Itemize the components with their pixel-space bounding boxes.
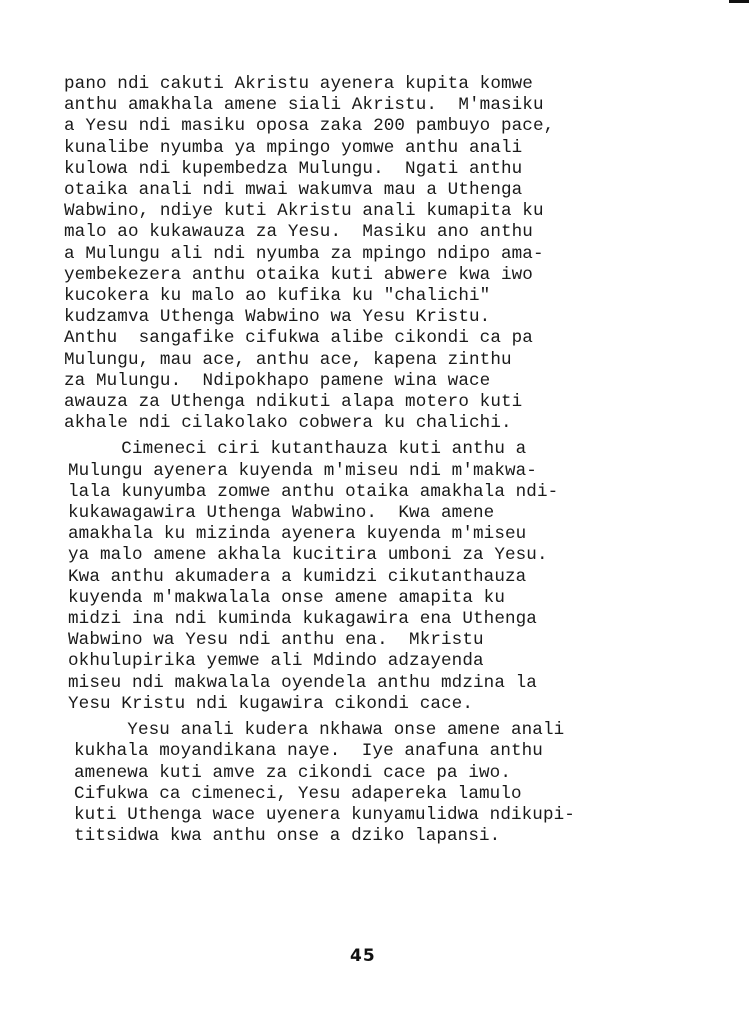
text-line: Yesu Kristu ndi kugawira cikondi cace. [68,694,684,715]
page-number: 45 [350,946,376,966]
text-line: Mulungu ayenera kuyenda m'miseu ndi m'ma… [68,461,684,482]
text-line: ya malo amene akhala kucitira umboni za … [68,545,684,566]
text-line: Mulungu, mau ace, anthu ace, kapena zint… [64,350,684,371]
text-line: kukawagawira Uthenga Wabwino. Kwa amene [68,503,684,524]
text-line: titsidwa kwa anthu onse a dziko lapansi. [74,826,684,847]
text-line: malo ao kukawauza za Yesu. Masiku ano an… [64,222,684,243]
text-line: kunalibe nyumba ya mpingo yomwe anthu an… [64,138,684,159]
text-line: miseu ndi makwalala oyendela anthu mdzin… [68,673,684,694]
text-line: Kwa anthu akumadera a kumidzi cikutantha… [68,567,684,588]
text-line: yembekezera anthu otaika kuti abwere kwa… [64,265,684,286]
text-line: kuyenda m'makwalala onse amene amapita k… [68,588,684,609]
text-line: kucokera ku malo ao kufika ku "chalichi" [64,286,684,307]
text-line: kulowa ndi kupembedza Mulungu. Ngati ant… [64,159,684,180]
paragraph-2: Cimeneci ciri kutanthauza kuti anthu aMu… [68,439,684,715]
scan-corner-mark [729,0,749,3]
text-line: Yesu anali kudera nkhawa onse amene anal… [74,720,684,741]
text-line: kuti Uthenga wace uyenera kunyamulidwa n… [74,805,684,826]
text-line: pano ndi cakuti Akristu ayenera kupita k… [64,74,684,95]
text-line: anthu amakhala amene siali Akristu. M'ma… [64,95,684,116]
text-line: amenewa kuti amve za cikondi cace pa iwo… [74,763,684,784]
paragraph-3: Yesu anali kudera nkhawa onse amene anal… [74,720,684,847]
paragraph-1: pano ndi cakuti Akristu ayenera kupita k… [64,74,684,434]
text-line: Anthu sangafike cifukwa alibe cikondi ca… [64,328,684,349]
text-line: a Yesu ndi masiku oposa zaka 200 pambuyo… [64,116,684,137]
document-page: pano ndi cakuti Akristu ayenera kupita k… [64,74,684,847]
text-line: Cifukwa ca cimeneci, Yesu adapereka lamu… [74,784,684,805]
text-line: okhulupirika yemwe ali Mdindo adzayenda [68,651,684,672]
text-line: Wabwino, ndiye kuti Akristu anali kumapi… [64,201,684,222]
text-line: akhale ndi cilakolako cobwera ku chalich… [64,413,684,434]
text-line: kudzamva Uthenga Wabwino wa Yesu Kristu. [64,307,684,328]
text-line: Cimeneci ciri kutanthauza kuti anthu a [68,439,684,460]
text-line: awauza za Uthenga ndikuti alapa motero k… [64,392,684,413]
text-line: otaika anali ndi mwai wakumva mau a Uthe… [64,180,684,201]
text-line: lala kunyumba zomwe anthu otaika amakhal… [68,482,684,503]
text-line: Wabwino wa Yesu ndi anthu ena. Mkristu [68,630,684,651]
text-line: kukhala moyandikana naye. Iye anafuna an… [74,741,684,762]
text-line: za Mulungu. Ndipokhapo pamene wina wace [64,371,684,392]
text-line: amakhala ku mizinda ayenera kuyenda m'mi… [68,524,684,545]
text-line: midzi ina ndi kuminda kukagawira ena Uth… [68,609,684,630]
text-line: a Mulungu ali ndi nyumba za mpingo ndipo… [64,244,684,265]
